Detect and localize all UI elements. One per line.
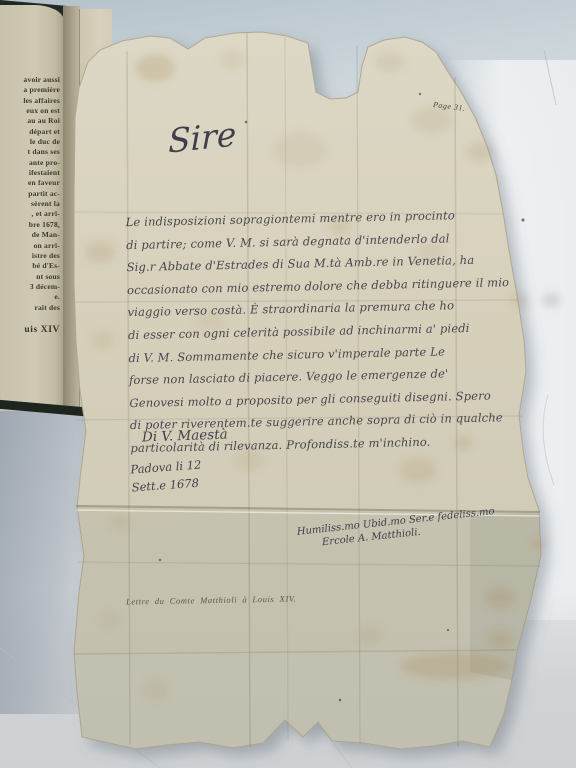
page-number: Page 31.	[433, 100, 466, 113]
date-line: Sett.e 1678	[131, 474, 203, 497]
signature: Humiliss.mo Ubid.mo Ser.e fedeliss.moErc…	[296, 502, 522, 551]
letter-body: Le indisposizioni sopragiontemi mentre e…	[125, 203, 522, 460]
salutation: Sire	[168, 114, 236, 160]
valediction: Di V. Maestà	[142, 427, 228, 446]
place-and-date: Padova li 12Sett.e 1678	[130, 456, 203, 497]
letter-text-layer: Page 31. Sire Le indisposizioni sopragio…	[0, 0, 576, 768]
printed-caption: Lettre du Comte Matthioli à Louis XIV.	[126, 594, 296, 607]
photograph-of-book-with-letter: avoir aussia premièreles affaireseux on …	[0, 0, 576, 768]
